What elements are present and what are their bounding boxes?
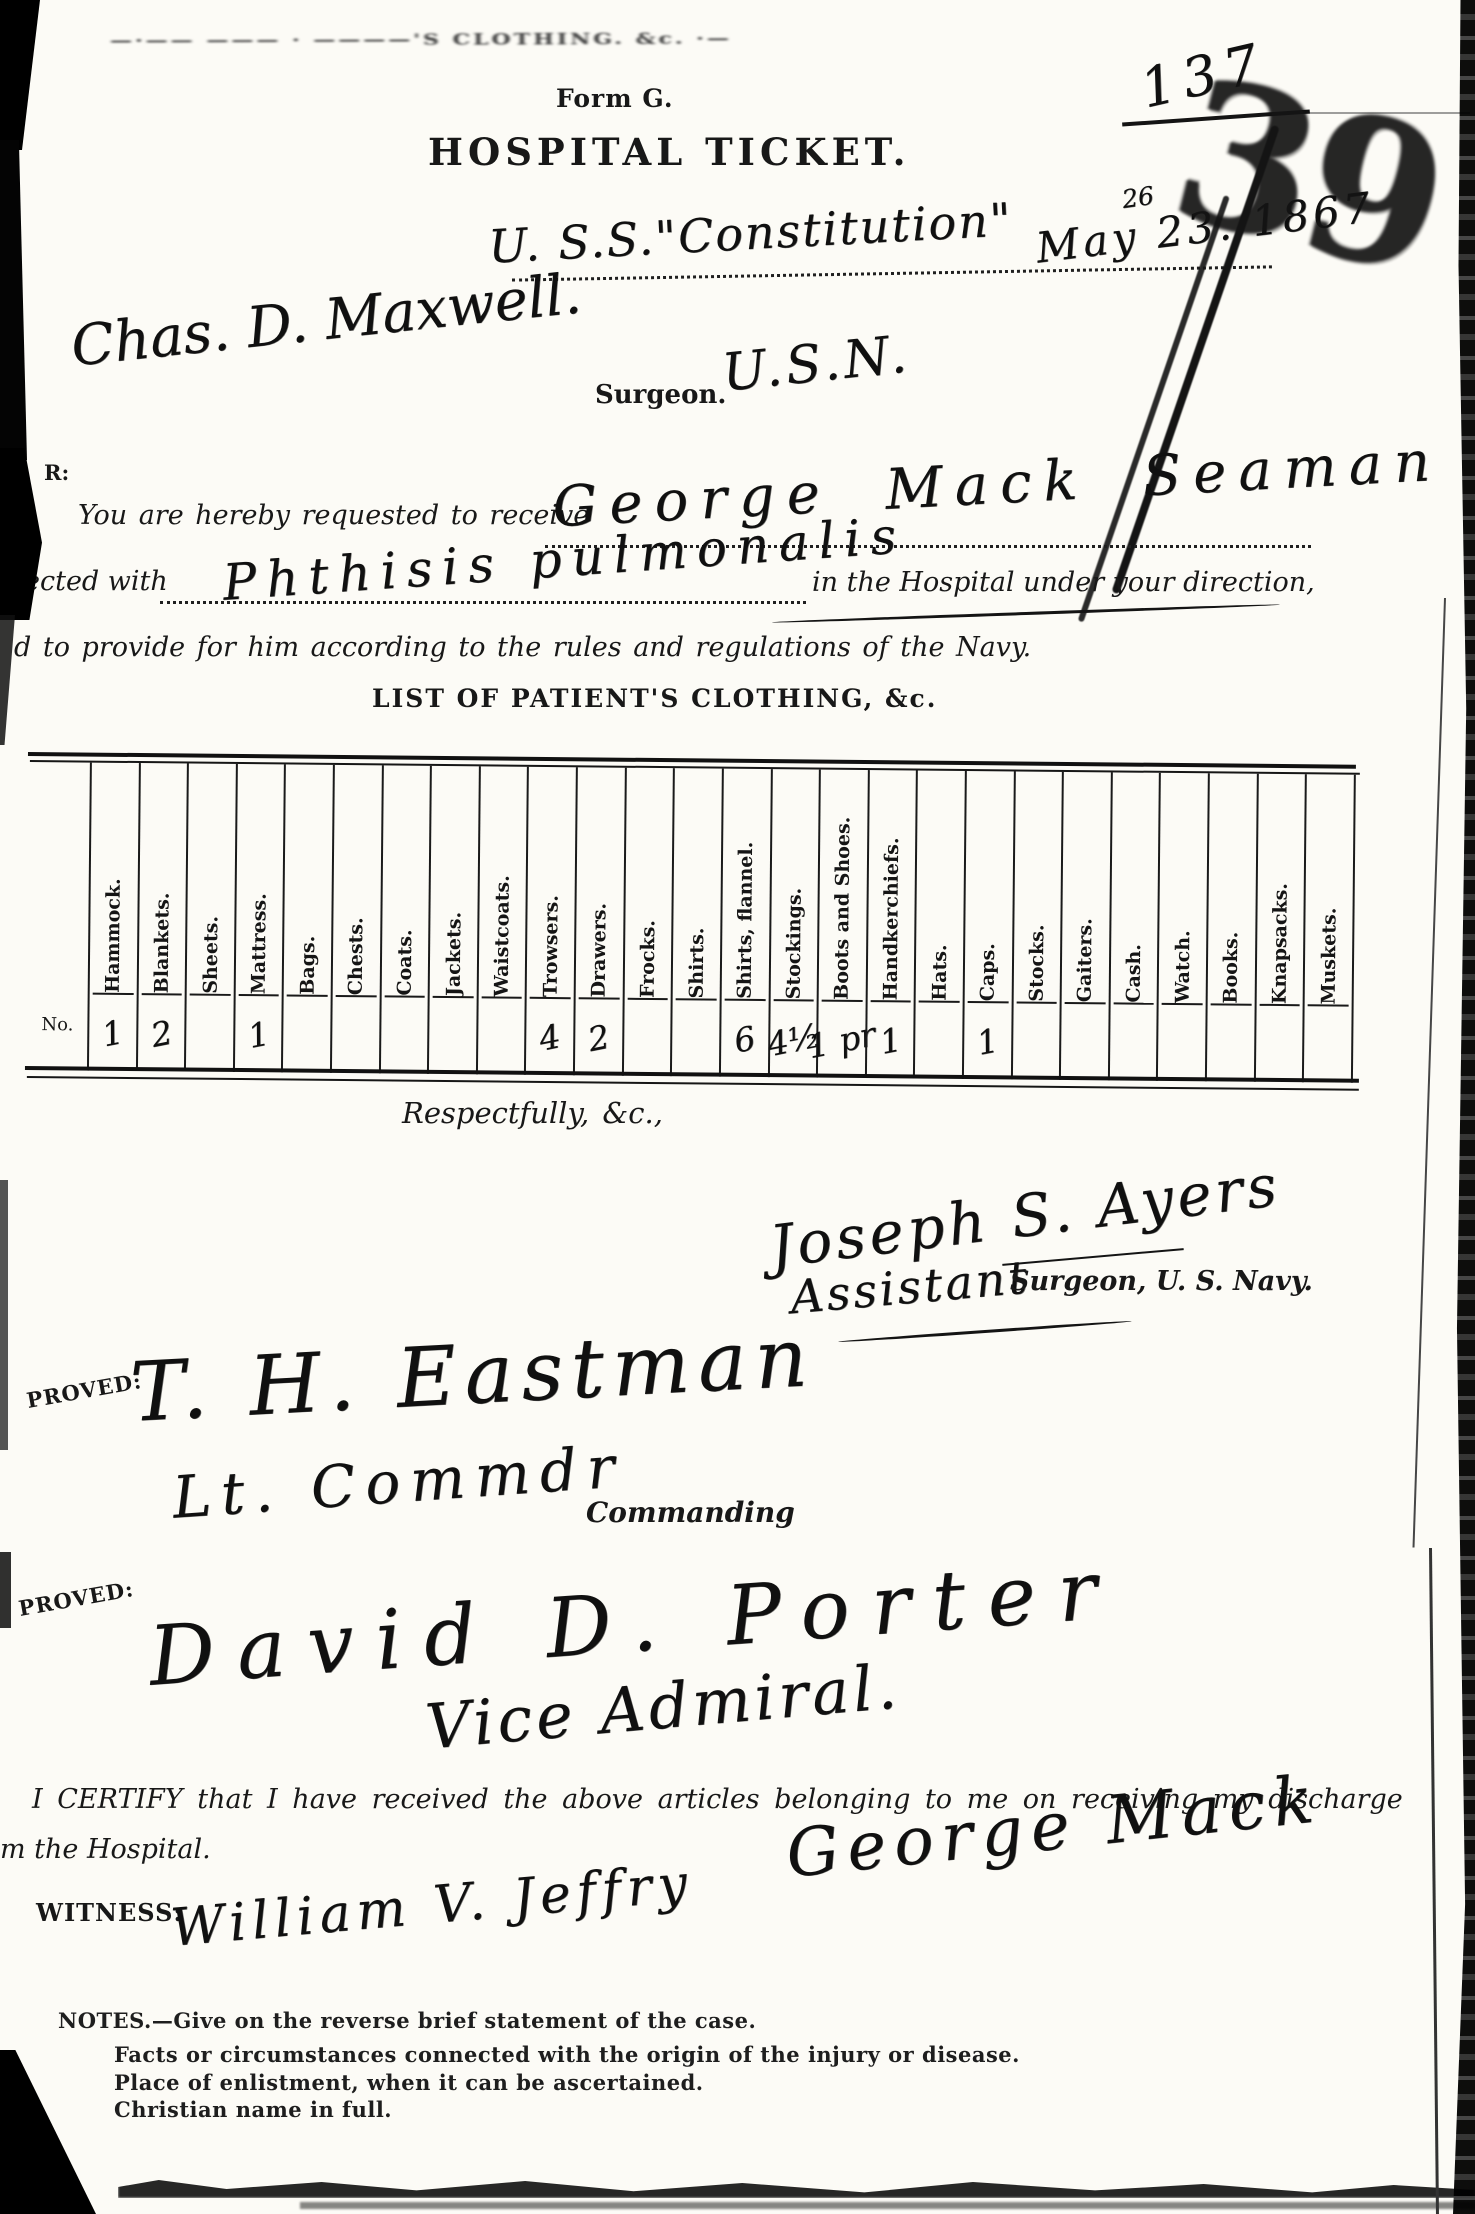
column-header: Watch. <box>1169 783 1197 1003</box>
table-row-label: No. <box>41 1014 73 1035</box>
page-title: HOSPITAL TICKET. <box>428 130 910 174</box>
scan-edge-artifact <box>0 1180 8 1450</box>
clothing-column-sheets: Sheets. <box>184 764 236 1072</box>
clothing-list-heading: LIST OF PATIENT'S CLOTHING, &c. <box>372 684 937 713</box>
salutation-cut-off: R: <box>44 460 69 485</box>
column-header: Books. <box>1218 783 1246 1003</box>
signature-flourish <box>838 1320 1131 1344</box>
column-header: Trowsers. <box>537 777 565 997</box>
signature-underline <box>1002 1248 1183 1266</box>
clothing-column-chests: Chests. <box>330 765 382 1073</box>
column-header: Boots and Shoes. <box>829 780 857 1000</box>
request-line2-suffix-printed: in the Hospital under your direction, <box>812 567 1315 598</box>
clothing-column-hats: Hats. <box>913 771 965 1079</box>
commanding-printed: Commanding <box>586 1496 795 1529</box>
scan-bottom-streak <box>300 2202 1475 2209</box>
clothing-column-hammock: Hammock.1 <box>87 763 139 1071</box>
clothing-column-trowsers: Trowsers.4 <box>524 767 576 1075</box>
clothing-column-jackets: Jackets. <box>427 766 479 1074</box>
column-header: Caps. <box>975 781 1003 1001</box>
clothing-column-bags: Bags. <box>281 764 333 1072</box>
surgeon-name-handwritten: Chas. D. Maxwell. <box>68 261 584 379</box>
column-header: Stockings. <box>780 779 808 999</box>
notes-line3: Place of enlistment, when it can be asce… <box>114 2070 704 2095</box>
clothing-column-watch: Watch. <box>1156 773 1208 1081</box>
ghost-bleed-through-text: —·—— ——— · ————'S CLOTHING. &c. ·— <box>110 28 1110 50</box>
clothing-column-cash: Cash. <box>1108 772 1160 1080</box>
request-line3-printed: d to provide for him according to the ru… <box>14 632 1031 663</box>
service-handwritten: U.S.N. <box>719 324 913 403</box>
column-header: Muskets. <box>1315 784 1343 1004</box>
hospital-ticket-document: —·—— ——— · ————'S CLOTHING. &c. ·— Form … <box>0 0 1475 2214</box>
respectfully-printed: Respectfully, &c., <box>402 1096 663 1130</box>
clothing-table: No. Hammock.1Blankets.2Sheets.Mattress.1… <box>27 752 1356 1091</box>
column-header: Sheets. <box>197 774 225 994</box>
witness-signature: William V. Jeffry <box>168 1853 695 1958</box>
column-header: Waistcoats. <box>489 776 517 996</box>
notes-line1: NOTES.—Give on the reverse brief stateme… <box>58 2008 756 2033</box>
surgeon-title-printed: Surgeon. <box>595 380 726 410</box>
clothing-column-gaiters: Gaiters. <box>1059 772 1111 1080</box>
clothing-column-drawers: Drawers.2 <box>573 767 625 1075</box>
column-header: Bags. <box>294 775 322 995</box>
column-header: Hats. <box>926 781 954 1001</box>
column-header: Chests. <box>343 775 371 995</box>
column-header: Handkerchiefs. <box>878 780 906 1000</box>
pen-flourish <box>772 603 1280 624</box>
pencil-line <box>1429 1548 1439 2214</box>
scan-right-edge <box>1453 0 1475 2214</box>
column-header: Frocks. <box>635 778 663 998</box>
clothing-column-waistcoats: Waistcoats. <box>476 766 528 1074</box>
approved-label-cut-off: PROVED: <box>25 1368 144 1413</box>
scan-bottom-streak <box>118 2178 1475 2198</box>
clothing-column-shirts: Shirts. <box>670 768 722 1076</box>
clothing-column-frocks: Frocks. <box>622 768 674 1076</box>
scan-edge-artifact <box>0 1552 11 1628</box>
column-header: Stocks. <box>1024 782 1052 1002</box>
scan-edge-artifact <box>0 615 15 745</box>
scan-corner-artifact <box>0 2050 96 2214</box>
clothing-column-muskets: Muskets. <box>1302 774 1356 1082</box>
clothing-column-coats: Coats. <box>379 765 431 1073</box>
clothing-column-caps: Caps.1 <box>962 771 1014 1079</box>
column-header: Coats. <box>392 775 420 995</box>
clothing-column-shirtsflannel: Shirts, flannel.6 <box>719 769 771 1077</box>
column-header: Drawers. <box>586 777 614 997</box>
clothing-column-knapsacks: Knapsacks. <box>1254 774 1306 1082</box>
column-header: Mattress. <box>246 774 274 994</box>
clothing-column-mattress: Mattress.1 <box>233 764 285 1072</box>
column-header: Hammock. <box>100 773 128 993</box>
clothing-column-handkerchiefs: Handkerchiefs.1 <box>865 770 917 1078</box>
clothing-column-stocks: Stocks. <box>1010 771 1062 1079</box>
column-header: Shirts. <box>683 778 711 998</box>
clothing-columns: Hammock.1Blankets.2Sheets.Mattress.1Bags… <box>87 763 1356 1083</box>
clothing-column-books: Books. <box>1205 773 1257 1081</box>
pencil-line <box>1413 598 1446 1548</box>
clothing-column-blankets: Blankets.2 <box>136 763 188 1071</box>
notes-line4: Christian name in full. <box>114 2097 392 2122</box>
approved-label-cut-off: PROVED: <box>17 1576 136 1621</box>
vessel-dotted-rule <box>512 265 1272 281</box>
form-label: Form G. <box>556 84 674 113</box>
ship-name-handwritten: U. S.S."Constitution" <box>487 192 1014 273</box>
column-header: Blankets. <box>149 773 177 993</box>
column-header: Gaiters. <box>1072 782 1100 1002</box>
scan-edge-artifact <box>0 140 27 460</box>
notes-line2: Facts or circumstances connected with th… <box>114 2042 1020 2067</box>
commander-signature: T. H. Eastman <box>128 1310 818 1441</box>
column-header: Cash. <box>1121 782 1149 1002</box>
column-header: Jackets. <box>440 776 468 996</box>
clothing-column-bootsandshoes: Boots and Shoes.1 pr <box>816 770 868 1078</box>
patient-signature: George Mack <box>782 1760 1324 1893</box>
rank-printed: Surgeon, U. S. Navy. <box>1010 1266 1313 1297</box>
commander-rank-handwritten: Lt. Commdr <box>170 1432 626 1531</box>
request-line1-printed: You are hereby requested to receive <box>78 500 589 531</box>
certification-line2-cut-off: m the Hospital. <box>0 1834 211 1865</box>
witness-label-printed: WITNESS: <box>36 1898 183 1927</box>
column-header: Knapsacks. <box>1267 784 1295 1004</box>
column-value <box>1298 1004 1359 1087</box>
column-header: Shirts, flannel. <box>732 779 760 999</box>
scan-edge-artifact <box>0 0 40 150</box>
